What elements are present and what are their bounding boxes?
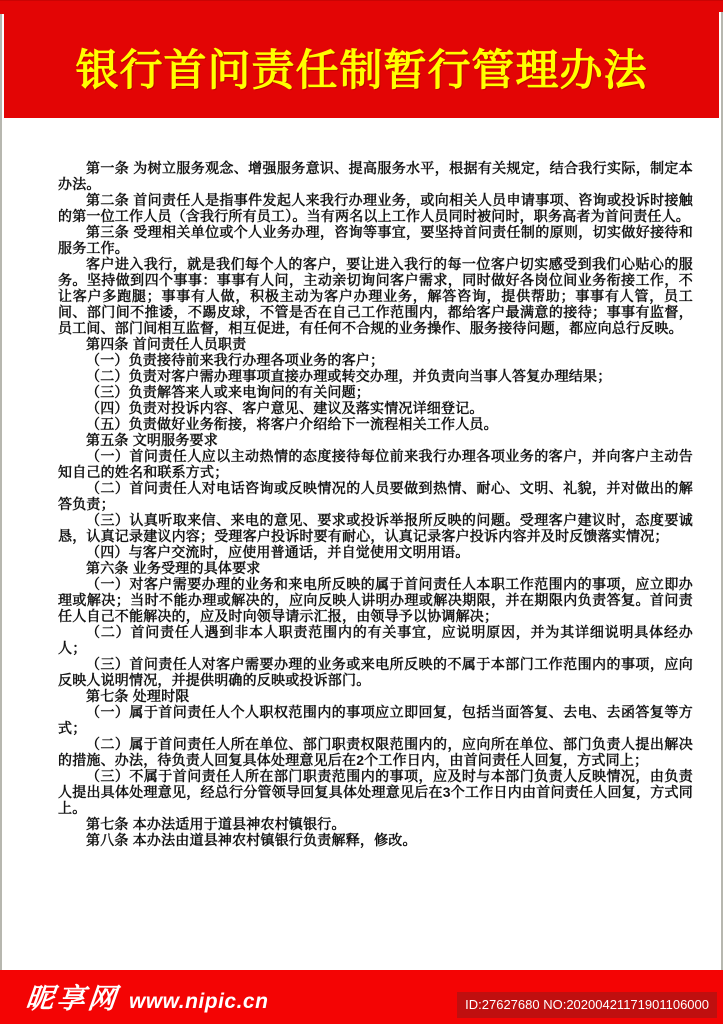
paragraph-list: 第一条 为树立服务观念、增强服务意识、提高服务水平，根据有关规定，结合我行实际，… (58, 160, 693, 848)
paragraph: （四）与客户交流时，应使用普通话，并自觉使用文明用语。 (58, 544, 693, 560)
paragraph: （二）负责对客户需办理事项直接办理或转交办理，并负责向当事人答复办理结果； (58, 368, 693, 384)
paragraph: 客户进入我行，就是我们每个人的客户，要让进入我行的每一位客户切实感受到我们心贴心… (58, 256, 693, 336)
paragraph: 第三条 受理相关单位或个人业务办理，咨询等事宜，要坚持首问责任制的原则，切实做好… (58, 224, 693, 256)
paragraph: （一）负责接待前来我行办理各项业务的客户； (58, 352, 693, 368)
page-right-edge (719, 12, 723, 970)
paragraph: 第五条 文明服务要求 (58, 432, 693, 448)
paragraph: （五）负责做好业务衔接，将客户介绍给下一流程相关工作人员。 (58, 416, 693, 432)
paragraph: 第四条 首问责任人员职责 (58, 336, 693, 352)
nipic-url: www.nipic.cn (129, 990, 268, 1014)
page-left-edge (0, 14, 4, 970)
paragraph: （一）属于首问责任人个人职权范围内的事项应立即回复，包括当面答复、去电、去函答复… (58, 704, 693, 736)
paragraph: （三）负责解答来人或来电询问的有关问题； (58, 384, 693, 400)
paragraph: （一）首问责任人应以主动热情的态度接待每位前来我行办理各项业务的客户，并向客户主… (58, 448, 693, 480)
paragraph: 第七条 处理时限 (58, 688, 693, 704)
paragraph: 第七条 本办法适用于道县神农村镇银行。 (58, 816, 693, 832)
paragraph: （三）首问责任人对客户需要办理的业务或来电所反映的不属于本部门工作范围内的事项，… (58, 656, 693, 688)
nipic-brand: 昵享网 www.nipic.cn (26, 977, 268, 1017)
paragraph: （二）属于首问责任人所在单位、部门职责权限范围内的，应向所在单位、部门负责人提出… (58, 736, 693, 768)
nipic-logo: 昵享网 (24, 977, 121, 1017)
paragraph: （二）首问责任人对电话咨询或反映情况的人员要做到热情、耐心、文明、礼貌，并对做出… (58, 480, 693, 512)
page-title: 银行首问责任制暂行管理办法 (76, 21, 648, 98)
poster-page: 银行首问责任制暂行管理办法 第一条 为树立服务观念、增强服务意识、提高服务水平，… (0, 0, 723, 1024)
paragraph: 第一条 为树立服务观念、增强服务意识、提高服务水平，根据有关规定，结合我行实际，… (58, 160, 693, 192)
paragraph: （四）负责对投诉内容、客户意见、建议及落实情况详细登记。 (58, 400, 693, 416)
paragraph: 第八条 本办法由道县神农村镇银行负责解释，修改。 (58, 832, 693, 848)
paragraph: （二）首问责任人遇到非本人职责范围内的有关事宜，应说明原因，并为其详细说明具体经… (58, 624, 693, 656)
watermark-footer: 昵享网 www.nipic.cn ID:27627680 NO:20200421… (0, 970, 723, 1024)
paragraph: 第六条 业务受理的具体要求 (58, 560, 693, 576)
paragraph: （三）不属于首问责任人所在部门职责范围内的事项，应及时与本部门负责人反映情况，由… (58, 768, 693, 816)
paragraph: （三）认真听取来信、来电的意见、要求或投诉举报所反映的问题。受理客户建议时，态度… (58, 512, 693, 544)
paragraph: （一）对客户需要办理的业务和来电所反映的属于首问责任人本职工作范围内的事项，应立… (58, 576, 693, 624)
image-id-badge: ID:27627680 NO:20200421171901106000 (457, 992, 717, 1018)
document-body: 第一条 为树立服务观念、增强服务意识、提高服务水平，根据有关规定，结合我行实际，… (0, 118, 723, 970)
title-banner: 银行首问责任制暂行管理办法 (0, 0, 723, 118)
paragraph: 第二条 首问责任人是指事件发起人来我行办理业务，或向相关人员申请事项、咨询或投诉… (58, 192, 693, 224)
